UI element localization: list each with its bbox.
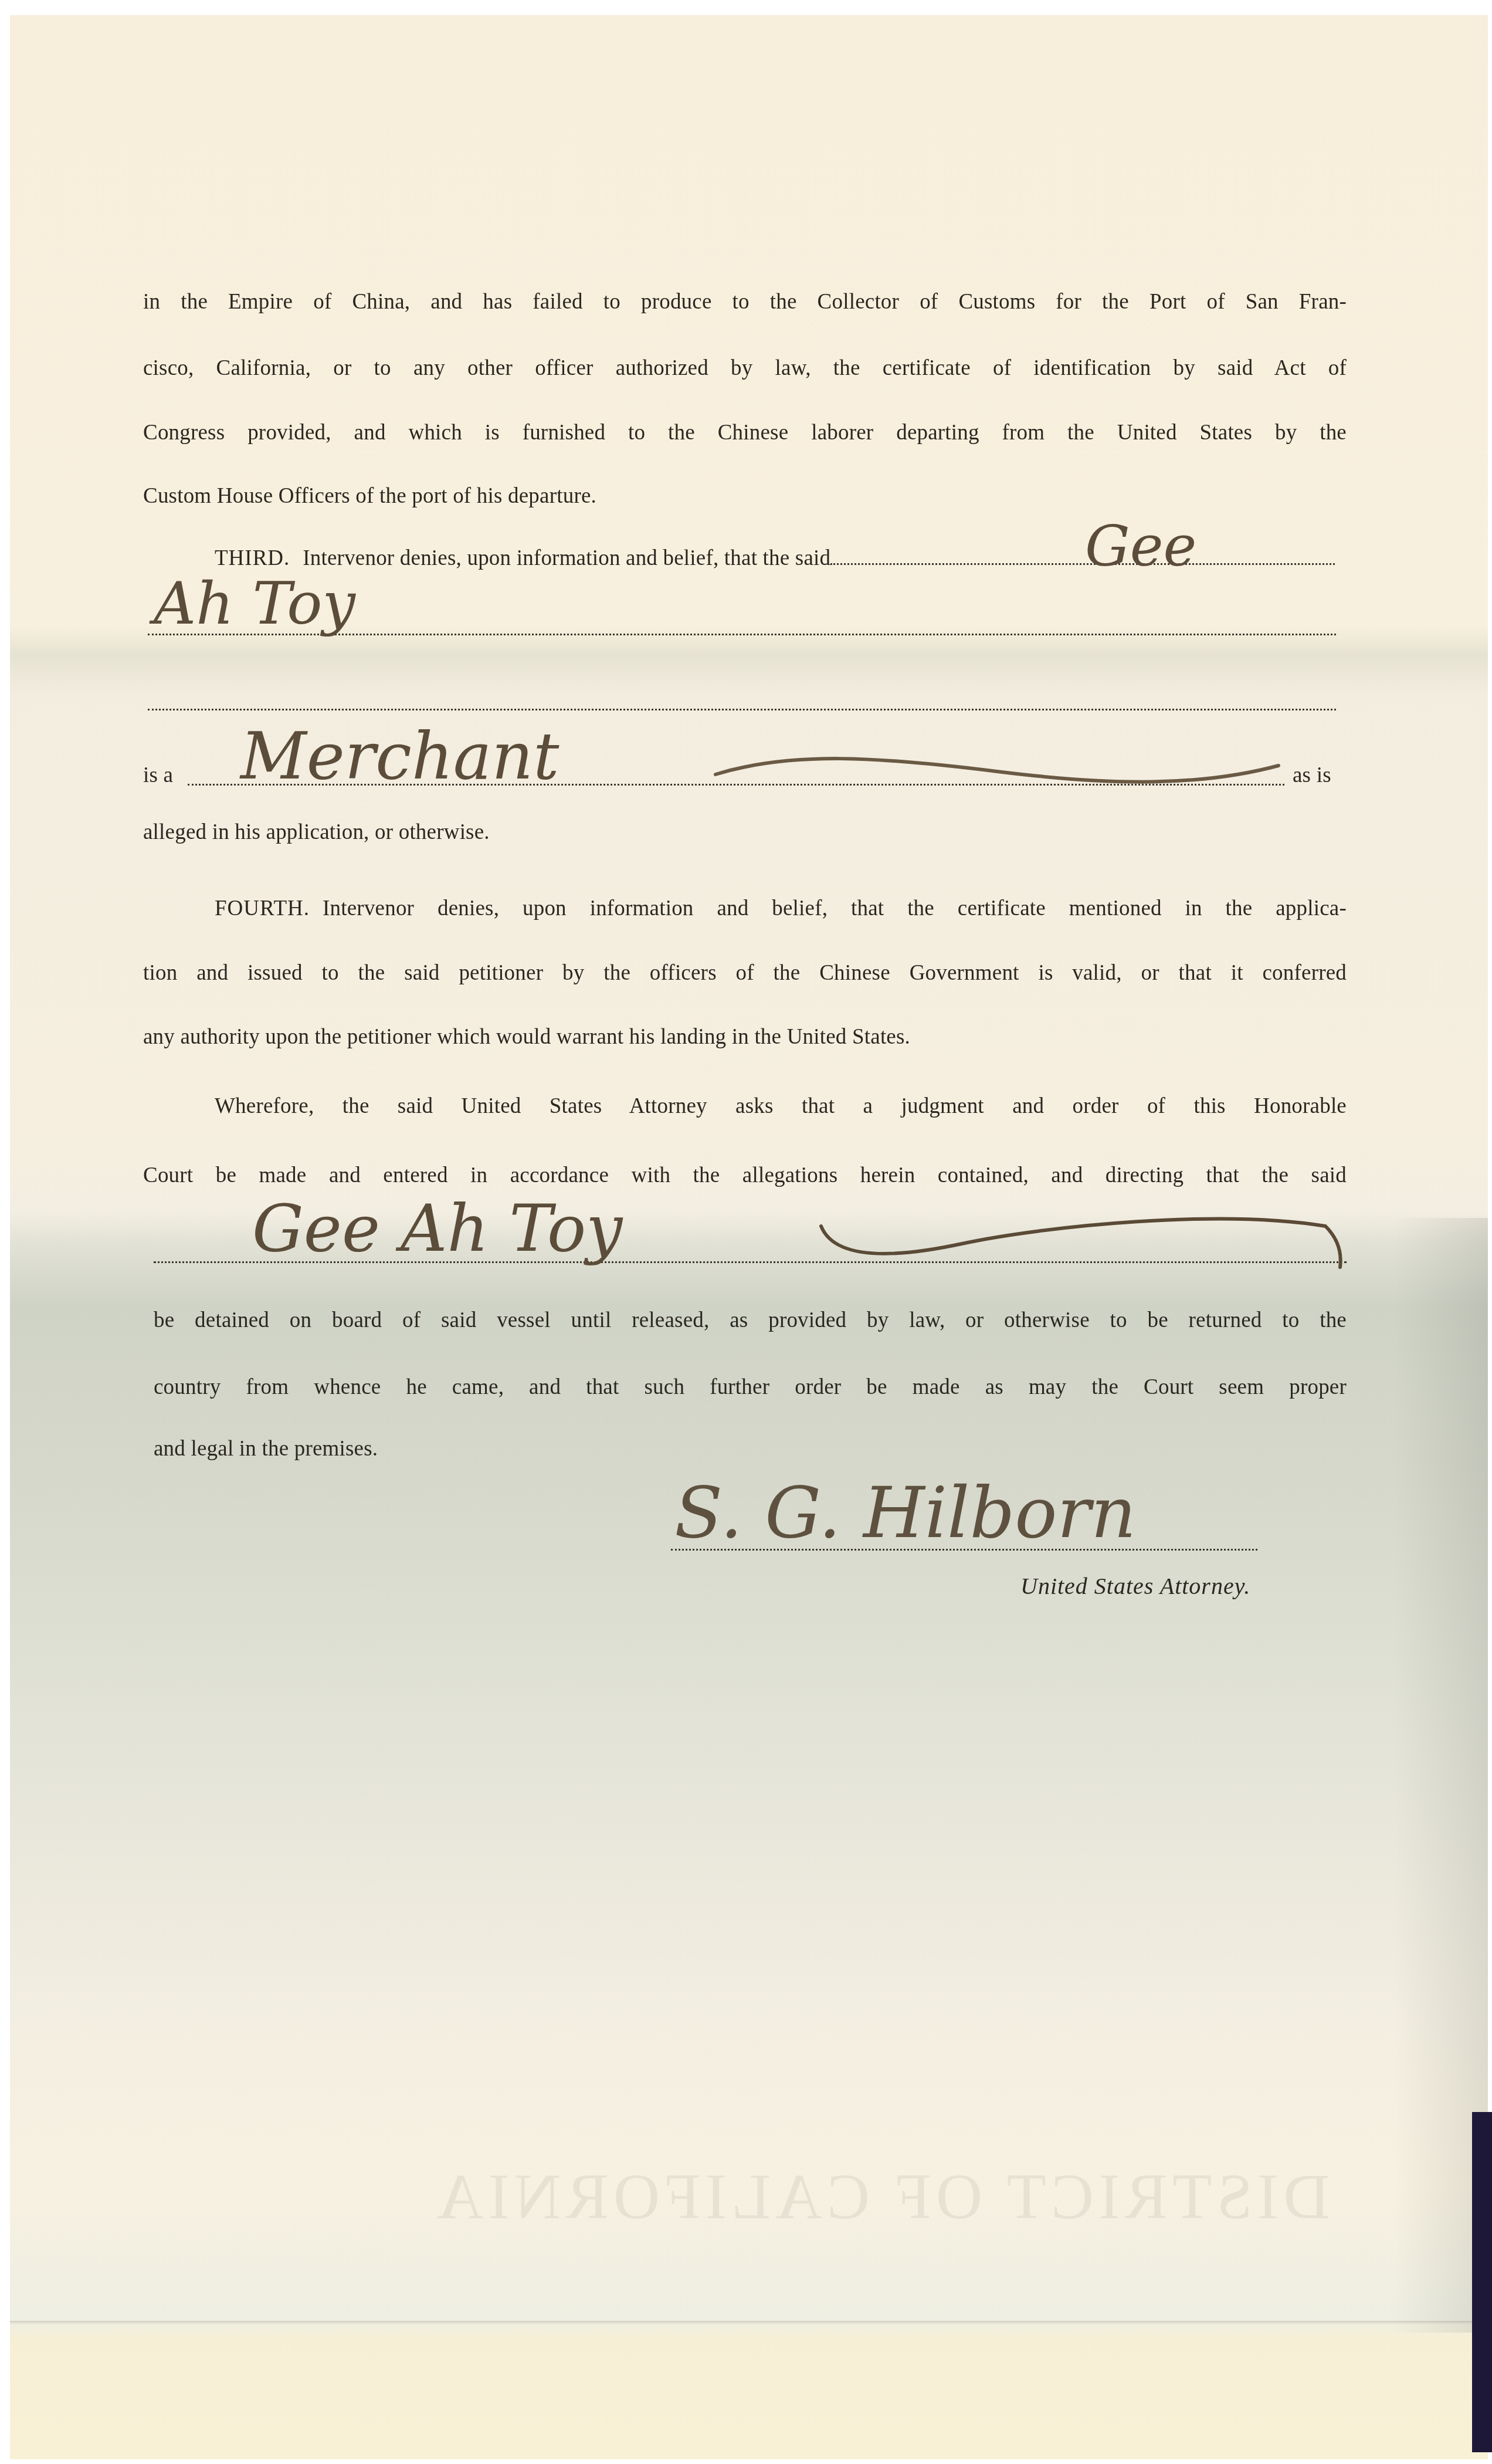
text-line: Wherefore, the said United States Attorn… (215, 1094, 1347, 1119)
signature-line (671, 1549, 1257, 1551)
text-line: in the Empire of China, and has failed t… (143, 289, 1347, 314)
third-closing: alleged in his application, or otherwise… (143, 820, 490, 845)
paragraph-line-2: cisco, California, or to any other offic… (143, 356, 1347, 381)
page-fold-crease (10, 2321, 1488, 2324)
fourth-line-1: Intervenor denies, upon information and … (323, 896, 1347, 921)
handwriting-flourish (704, 751, 1290, 786)
fourth-line-3: any authority upon the petitioner which … (143, 1024, 910, 1050)
binding-spine (1472, 2112, 1492, 2452)
text-line: be detained on board of said vessel unti… (154, 1308, 1347, 1333)
handwritten-occupation: Merchant (240, 719, 559, 794)
fourth-label: FOURTH. (215, 896, 310, 921)
text-line: Court be made and entered in accordance … (143, 1163, 1347, 1188)
attorney-title: United States Attorney. (1020, 1572, 1250, 1600)
text-line: cisco, California, or to any other offic… (143, 356, 1347, 381)
wherefore-line-3: be detained on board of said vessel unti… (154, 1308, 1347, 1333)
handwritten-name-part1: Gee (1085, 513, 1196, 579)
wherefore-line-5: and legal in the premises. (154, 1436, 378, 1461)
third-text: Intervenor denies, upon information and … (303, 546, 830, 571)
bleed-through-text: DISTRICT OF CALIFORNIA (432, 2160, 1330, 2234)
fourth-line-2: tion and issued to the said petitioner b… (143, 960, 1347, 986)
fill-blank-line (148, 709, 1336, 710)
attorney-signature: S. G. Hilborn (674, 1473, 1136, 1554)
text-line: tion and issued to the said petitioner b… (143, 960, 1347, 986)
is-a-label: is a (143, 763, 173, 788)
fourth-line-1-row: FOURTH. Intervenor denies, upon informat… (215, 896, 1347, 921)
paragraph-line-4: Custom House Officers of the port of his… (143, 483, 596, 509)
fill-blank (830, 563, 1335, 565)
text-line: Congress provided, and which is furnishe… (143, 420, 1347, 445)
wherefore-line-1: Wherefore, the said United States Attorn… (215, 1094, 1347, 1119)
wherefore-line-2: Court be made and entered in accordance … (143, 1163, 1347, 1188)
handwriting-flourish (809, 1209, 1349, 1273)
as-is-label: as is (1293, 763, 1331, 788)
handwritten-name-part2: Ah Toy (154, 569, 355, 638)
paragraph-line-1: in the Empire of China, and has failed t… (143, 289, 1347, 314)
paragraph-line-3: Congress provided, and which is furnishe… (143, 420, 1347, 445)
wherefore-line-4: country from whence he came, and that su… (154, 1375, 1347, 1400)
third-label: THIRD. (215, 546, 290, 571)
handwritten-name: Gee Ah Toy (252, 1191, 622, 1266)
text-line: country from whence he came, and that su… (154, 1375, 1347, 1400)
